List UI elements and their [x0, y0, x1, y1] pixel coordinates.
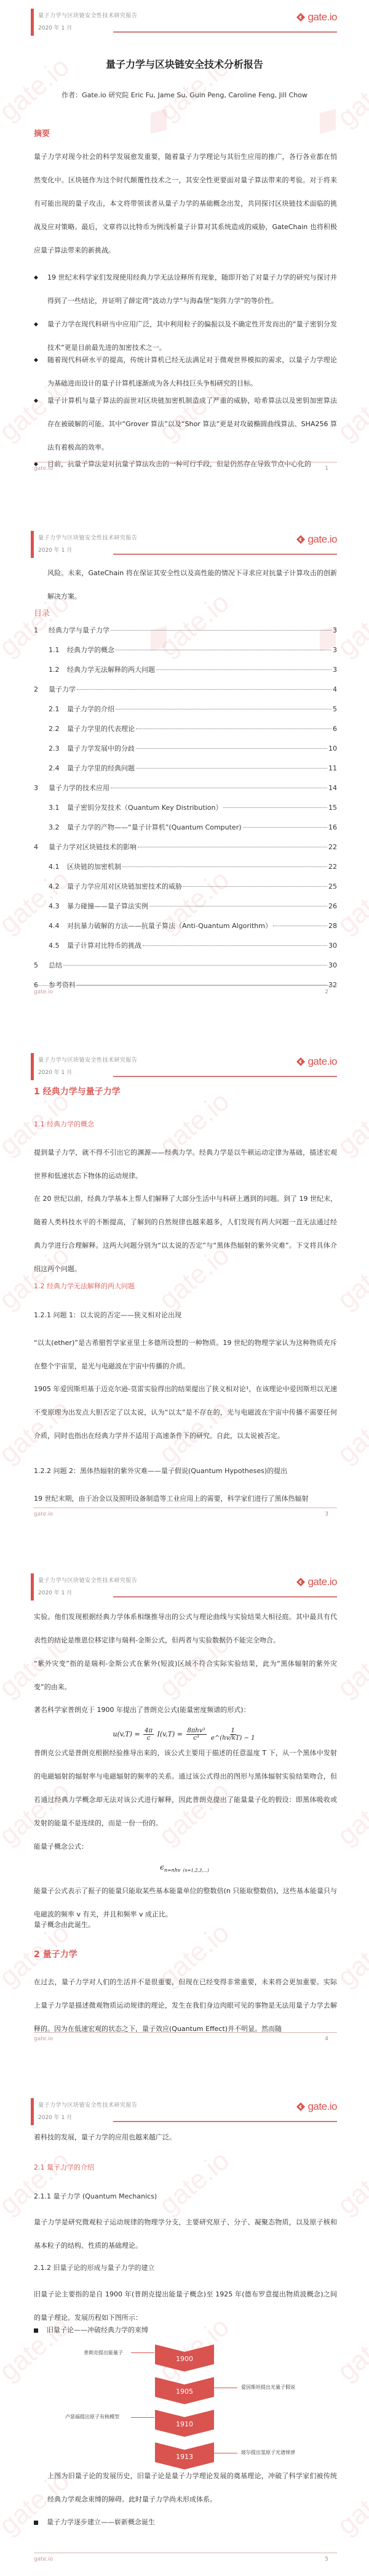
page-footer: gate.io 5 [34, 2553, 337, 2553]
header-rule [113, 31, 337, 33]
abstract-paragraph: 量子力学对现今社会的科学发展愈发重要，随着量子力学理论与其衍生应用的推广，各行各… [34, 145, 337, 262]
toc-entry[interactable]: 6参考资料32 [34, 980, 337, 992]
section-heading-1: 1 经典力学与量子力学 [34, 1085, 121, 1097]
header-date: 2020 年 1 月 [38, 2113, 72, 2121]
footer-rule [34, 462, 337, 462]
timeline-label: 普朗克提出能量子 [84, 2349, 123, 2356]
logo-wordmark: gate.io [307, 533, 337, 546]
subsubsection-heading-1-2-2: 1.2.2 问题 2：黑体热辐射的紫外灾难——量子假说(Quantum Hypo… [34, 1466, 287, 1476]
subsection-heading-2-1: 2.1 量子力学的介绍 [34, 2162, 94, 2172]
page-header: 量子力学与区块链安全性技术研究报告 2020 年 1 月 gate.io [31, 1053, 337, 1084]
page-number: 2 [325, 989, 328, 995]
logo-wordmark: gate.io [307, 1576, 337, 1588]
timeline-node: 1900 [155, 2344, 214, 2372]
page-header: 量子力学与区块链安全性技术研究报告 2020 年 1 月 gate.io [31, 1573, 337, 1604]
summary-bullet: ◆ 随着现代科研水平的提高，传统计算机已经无法满足对于微观世界模拟的需求，以量子… [34, 349, 337, 395]
gateio-logo-icon [296, 2102, 306, 2112]
summary-bullet: ◆ 目前，抗量子算法是对抗量子算法攻击的一种可行手段，但是仍然存在导致节点中心化… [34, 453, 337, 476]
footer-rule [34, 985, 337, 986]
toc-entry[interactable]: 1.1经典力学的概念3 [34, 645, 337, 657]
header-date: 2020 年 1 月 [38, 1068, 72, 1076]
footer-site: gate.io [34, 466, 53, 472]
toc-entry[interactable]: 2.4量子力学里的经典问题11 [34, 763, 337, 775]
authors-line: 作者：Gate.io 研究院 Eric Fu, Jame Su, Guin Pe… [0, 90, 369, 100]
header-rule [113, 1076, 337, 1077]
paragraph: 能量子概念公式： [34, 1835, 337, 1859]
paragraph: 在过去，量子力学对人们的生活并不是很重要，但现在已经变得非常重要，未来将会更加重… [34, 1971, 337, 2041]
toc-entry[interactable]: 2.1量子力学的介绍5 [34, 704, 337, 716]
logo-wordmark: gate.io [307, 2101, 337, 2113]
header-date: 2020 年 1 月 [38, 1588, 72, 1596]
energy-quantum-formula: ϵn=nhv (n=1,2,3,...) [0, 1863, 369, 1873]
footer-site: gate.io [34, 1511, 53, 1517]
paragraph: 著名科学家普朗克于 1900 年提出了普朗克公式(能量密度频谱的形式)： [34, 1698, 337, 1722]
old-quantum-theory-timeline: 1900 普朗克提出能量子 1905 爱因斯坦提出光量子假说 1910 卢瑟福提… [0, 2344, 369, 2455]
toc-entry[interactable]: 1经典力学与量子力学3 [34, 625, 337, 637]
page-footer: gate.io 4 [34, 2032, 337, 2033]
gateio-logo: gate.io [296, 1576, 337, 1588]
square-bullet: 旧量子论——冲破经典力学的束缚 [34, 2325, 148, 2335]
page-1: 量子力学与区块链安全性技术研究报告 2020 年 1 月 gate.io 量子力… [0, 0, 369, 491]
page-3: 量子力学与区块链安全性技术研究报告 2020 年 1 月 gate.io 1 经… [0, 1053, 369, 1521]
toc-entry[interactable]: 4.4对抗暴力破解的方法——抗量子算法（Anti-Quantum Algorit… [34, 921, 337, 933]
footer-rule [34, 1508, 337, 1508]
toc-entry[interactable]: 4.5量子计算对比特币的挑战30 [34, 940, 337, 953]
timeline-connector [214, 2453, 237, 2453]
logo-wordmark: gate.io [307, 1056, 337, 1068]
timeline-connector [131, 2417, 154, 2418]
diamond-bullet-icon: ◆ [34, 313, 38, 336]
subsubsection-heading-1-2-1: 1.2.1 问题 1：以太说的否定——狭义相对论出现 [34, 1310, 181, 1320]
header-rule [113, 2121, 337, 2122]
gateio-logo: gate.io [296, 2101, 337, 2113]
square-bullet-icon [34, 2328, 38, 2333]
gateio-logo-icon [296, 535, 306, 544]
page-footer: gate.io 2 [34, 985, 337, 986]
summary-bullet: ◆ 量子计算机与量子算法的面世对区块链加密机制造成了严重的威胁，哈希算法以及密钥… [34, 389, 337, 459]
diamond-bullet-icon: ◆ [34, 389, 38, 413]
gateio-logo: gate.io [296, 533, 337, 546]
diamond-bullet-icon: ◆ [34, 349, 38, 372]
page-footer: gate.io 3 [34, 1508, 337, 1508]
page-4: 量子力学与区块链安全性技术研究报告 2020 年 1 月 gate.io 实验。… [0, 1573, 369, 2041]
header-accent-bar [31, 1573, 34, 1601]
header-date: 2020 年 1 月 [38, 546, 72, 554]
toc-entry[interactable]: 2量子力学4 [34, 684, 337, 696]
header-rule [113, 554, 337, 555]
gateio-logo: gate.io [296, 11, 337, 23]
header-accent-bar [31, 531, 34, 558]
toc-entry[interactable]: 4.1区块链的加密机制22 [34, 862, 337, 874]
timeline-label: 玻尔提出氢原子光谱规律 [241, 2449, 295, 2456]
paragraph: 量子概念由此诞生。 [34, 1913, 337, 1937]
header-report-title: 量子力学与区块链安全性技术研究报告 [38, 1576, 138, 1584]
header-report-title: 量子力学与区块链安全性技术研究报告 [38, 533, 138, 541]
paragraph: 普朗克公式是普朗克根据经验推导出来的，该公式主要用于描述的任意温度 T 下，从一… [34, 1742, 337, 1835]
footer-rule [34, 2553, 337, 2553]
summary-bullet: ◆ 19 世纪末科学家们发现使用经典力学无法诠释所有现象，随即开始了对量子力学的… [34, 266, 337, 313]
subsection-heading-1-1: 1.1 经典力学的概念 [34, 1119, 94, 1129]
toc-entry[interactable]: 4.3暴力碰撞——量子算法实例26 [34, 901, 337, 913]
timeline-node: 1910 [155, 2410, 214, 2437]
subsubsection-heading-2-1-1: 2.1.1 量子力学 (Quantum Mechanics) [34, 2191, 157, 2201]
header-accent-bar [31, 9, 34, 36]
subsubsection-heading-2-1-2: 2.1.2 旧量子论的形成与量子力学的建立 [34, 2263, 154, 2272]
paragraph: “以太(ether)”是古希腊哲学家亚里士多德所设想的一种物质。19 世纪的物理… [34, 1331, 337, 1378]
page-header: 量子力学与区块链安全性技术研究报告 2020 年 1 月 gate.io [31, 531, 337, 562]
footer-site: gate.io [34, 2036, 53, 2042]
subsection-heading-1-2: 1.2 经典力学无法解释的两大问题 [34, 1281, 135, 1291]
page-number: 5 [325, 2556, 328, 2562]
section-heading-2: 2 量子力学 [34, 1948, 77, 1960]
logo-wordmark: gate.io [307, 11, 337, 23]
paragraph: 提到量子力学，就不得不引出它的渊源——经典力学。经典力学是以牛顿运动定律为基础，… [34, 1141, 337, 1188]
gateio-logo-icon [296, 1577, 306, 1587]
footer-site: gate.io [34, 2556, 53, 2562]
timeline-connector [131, 2352, 154, 2353]
header-accent-bar [31, 2098, 34, 2125]
timeline-label: 卢瑟福提出原子有核模型 [65, 2413, 119, 2420]
toc-heading: 目录 [34, 607, 50, 618]
header-date: 2020 年 1 月 [38, 23, 72, 31]
header-report-title: 量子力学与区块链安全性技术研究报告 [38, 2101, 138, 2109]
paragraph: 1905 年爱因斯坦基于迈克尔逊-莫雷实验得出的结果提出了狭义相对论¹，在该理论… [34, 1378, 337, 1448]
document-title: 量子力学与区块链安全技术分析报告 [0, 57, 369, 71]
paragraph: 在 20 世纪以前，经典力学基本上帮人们解释了大部分生活中与科研上遇到的问题。到… [34, 1187, 337, 1281]
header-report-title: 量子力学与区块链安全性技术研究报告 [38, 11, 138, 19]
header-accent-bar [31, 1053, 34, 1080]
gateio-logo: gate.io [296, 1056, 337, 1068]
paragraph: 旧量子论主要指的是自 1900 年(普朗克提出能量子概念)至 1925 年(德布… [34, 2283, 337, 2330]
page-2: 量子力学与区块链安全性技术研究报告 2020 年 1 月 gate.io 风险。… [0, 530, 369, 998]
square-bullet-icon [34, 2521, 38, 2525]
planck-formula: u(v,T) = 4πc I(v,T) = 8πhv³c³ 1e^(hv/kT)… [0, 1727, 369, 1742]
timeline-node: 1905 [155, 2377, 214, 2404]
page-header: 量子力学与区块链安全性技术研究报告 2020 年 1 月 gate.io [31, 9, 337, 39]
toc-entry[interactable]: 4量子力学对区块链技术的影响22 [34, 842, 337, 854]
toc-entry[interactable]: 4.2量子力学应用对区块链加密技术的威胁25 [34, 881, 337, 894]
toc-entry[interactable]: 5总结30 [34, 960, 337, 972]
header-report-title: 量子力学与区块链安全性技术研究报告 [38, 1056, 138, 1064]
page-number: 1 [325, 466, 328, 472]
gateio-logo-icon [296, 12, 306, 22]
footer-rule [34, 2032, 337, 2033]
toc-entry[interactable]: 2.3量子力学发展中的分歧10 [34, 743, 337, 756]
gateio-logo-icon [296, 1057, 306, 1067]
diamond-bullet-icon: ◆ [34, 453, 38, 476]
page-5: 量子力学与区块链安全性技术研究报告 2020 年 1 月 gate.io 着科技… [0, 2098, 369, 2576]
toc-entry[interactable]: 3.1量子密钥分发技术（Quantum Key Distribution）15 [34, 802, 337, 815]
paragraph: 量子力学是研究微观粒子运动规律的物理学分支，主要研究原子、分子、凝聚态物质，以及… [34, 2211, 337, 2258]
page-header: 量子力学与区块链安全性技术研究报告 2020 年 1 月 gate.io [31, 2098, 337, 2129]
page-number: 4 [325, 2036, 328, 2042]
footer-site: gate.io [34, 989, 53, 995]
timeline-label: 爱因斯坦提出光量子假说 [241, 2384, 295, 2391]
diamond-bullet-icon: ◆ [34, 266, 38, 289]
paragraph: 实验。他们发现根据经典力学体系相继推导出的公式与理论曲线与实验结果大相径庭。其中… [34, 1605, 337, 1652]
timeline-connector [214, 2388, 237, 2388]
paragraph: 着科技的发展，量子力学的应用也越来越广泛。 [34, 2126, 337, 2149]
page-footer: gate.io 1 [34, 462, 337, 462]
toc-entry[interactable]: 3.2量子力学的产物——“量子计算机”(Quantum Computer)16 [34, 822, 337, 834]
toc-entry[interactable]: 3量子力学的技术应用14 [34, 783, 337, 795]
toc-entry[interactable]: 2.2量子力学里的代表理论6 [34, 724, 337, 736]
bullet-continuation: 风险。未来，GateChain 将在保证其安全性以及高性能的情况下寻求应对抗量子… [47, 562, 337, 608]
header-rule [113, 1596, 337, 1597]
abstract-heading: 摘要 [34, 127, 50, 139]
toc-entry[interactable]: 1.2经典力学无法解释的两大问题3 [34, 664, 337, 677]
paragraph: 上图为旧量子论的发展历史，旧量子论是量子力学理论发展的奠基理论，冲破了科学家们被… [47, 2465, 337, 2511]
page-number: 3 [325, 1511, 328, 1517]
paragraph: “紫外灾变”指的是瑞利-金斯公式在紫外(短波)区域不符合实际实验结果，此为“黑体… [34, 1652, 337, 1699]
square-bullet: 量子力学逐步建立——崭新概念诞生 [34, 2517, 155, 2527]
